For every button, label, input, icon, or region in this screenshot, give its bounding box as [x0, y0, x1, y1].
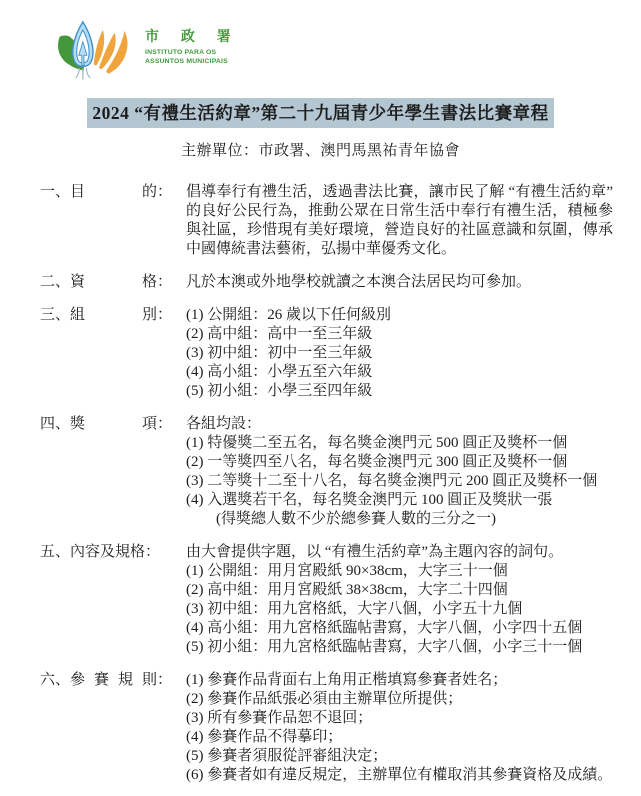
section-4: 四、獎項：各組均設：(1) 特優獎二至五名，每名獎金澳門元 500 圓正及獎杯一… — [40, 415, 613, 529]
section-item: (5) 初小組：小學三至四年級 — [186, 382, 613, 401]
section-label-part: 二、資 — [40, 273, 85, 292]
logo-name-chinese: 市 政 署 — [145, 26, 240, 46]
section-item: (2) 高中組：高中一至三年級 — [186, 325, 613, 344]
section-item: (3) 二等獎十二至十八名，每名獎金澳門元 200 圓正及獎杯一個 — [186, 472, 613, 491]
logo-pt-line2: ASSUNTOS MUNICIPAIS — [145, 58, 240, 67]
section-label: 五、內容及規格： — [40, 543, 172, 657]
lotus-flower-icon — [53, 12, 139, 86]
section-label-part: 規 — [118, 671, 133, 690]
section-1: 一、目的：倡導奉行有禮生活，透過書法比賽，讓市民了解 “有禮生活約章” 的良好公… — [40, 183, 613, 259]
section-3: 三、組別：(1) 公開組：26 歲以下任何級別(2) 高中組：高中一至三年級(3… — [40, 306, 613, 401]
section-item: (1) 公開組：26 歲以下任何級別 — [186, 306, 613, 325]
section-item: (1) 參賽作品背面右上角用正楷填寫參賽者姓名； — [186, 671, 613, 690]
section-label-part: 格： — [142, 273, 172, 292]
section-label: 四、獎項： — [40, 415, 172, 529]
document-title: 2024 “有禮生活約章”第二十九屆青少年學生書法比賽章程 — [87, 98, 553, 128]
section-item: (5) 初小組：用九宮格紙臨帖書寫，大字八個，小字三十一個 — [186, 638, 613, 657]
section-label-part: 賽 — [94, 671, 109, 690]
section-item: (2) 高中組：用月宮殿紙 38×38cm，大字二十四個 — [186, 581, 613, 600]
section-label-part: 三、組 — [40, 306, 85, 325]
section-content: (1) 參賽作品背面右上角用正楷填寫參賽者姓名；(2) 參賽作品紙張必須由主辦單… — [186, 671, 613, 785]
section-intro: 由大會提供字題，以 “有禮生活約章”為主題內容的詞句。 — [186, 543, 613, 562]
section-label-part: 別： — [142, 306, 172, 325]
section-content: 凡於本澳或外地學校就讀之本澳合法居民均可參加。 — [186, 273, 613, 292]
section-6: 六、參賽規則：(1) 參賽作品背面右上角用正楷填寫參賽者姓名；(2) 參賽作品紙… — [40, 671, 613, 785]
section-item: (4) 高小組：小學五至六年級 — [186, 363, 613, 382]
section-label-part: 五、內容及規格： — [40, 543, 160, 562]
section-item: (4) 入選獎若干名，每名獎金澳門元 100 圓正及獎狀一張 (得獎總人數不少於… — [186, 491, 613, 529]
section-item: (3) 初中組：用九宮格紙，大字八個，小字五十九個 — [186, 600, 613, 619]
sections: 一、目的：倡導奉行有禮生活，透過書法比賽，讓市民了解 “有禮生活約章” 的良好公… — [40, 183, 613, 796]
section-item: (6) 參賽者如有違反規定，主辦單位有權取消其參賽資格及成績。 — [186, 766, 613, 785]
section-intro: 各組均設： — [186, 415, 613, 434]
section-item: (3) 初中組：初中一至三年級 — [186, 344, 613, 363]
section-item: (1) 公開組：用月宮殿紙 90×38cm，大字三十一個 — [186, 562, 613, 581]
section-item: (4) 參賽作品不得摹印； — [186, 728, 613, 747]
section-item: (3) 所有參賽作品恕不退回； — [186, 709, 613, 728]
section-intro: 凡於本澳或外地學校就讀之本澳合法居民均可參加。 — [186, 273, 613, 292]
section-label-part: 四、獎 — [40, 415, 85, 434]
document-page: 市 政 署 INSTITUTO PARA OS ASSUNTOS MUNICIP… — [0, 0, 641, 796]
section-intro: 倡導奉行有禮生活，透過書法比賽，讓市民了解 “有禮生活約章” 的良好公民行為，推… — [186, 183, 613, 259]
section-label-part: 的： — [142, 183, 172, 202]
section-label-part: 項： — [142, 415, 172, 434]
section-item: (2) 參賽作品紙張必須由主辦單位所提供； — [186, 690, 613, 709]
organizer-line: 主辦單位：市政署、澳門馬黑祐青年協會 — [181, 143, 460, 159]
section-item: (2) 一等獎四至八名，每名獎金澳門元 300 圓正及獎杯一個 — [186, 453, 613, 472]
iam-logo: 市 政 署 INSTITUTO PARA OS ASSUNTOS MUNICIP… — [53, 12, 240, 86]
section-label-part: 則： — [142, 671, 172, 690]
section-label: 三、組別： — [40, 306, 172, 401]
section-2: 二、資格：凡於本澳或外地學校就讀之本澳合法居民均可參加。 — [40, 273, 613, 292]
section-label: 一、目的： — [40, 183, 172, 259]
logo-text: 市 政 署 INSTITUTO PARA OS ASSUNTOS MUNICIP… — [145, 26, 240, 66]
section-5: 五、內容及規格：由大會提供字題，以 “有禮生活約章”為主題內容的詞句。(1) 公… — [40, 543, 613, 657]
section-label-part: 六、參 — [40, 671, 85, 690]
logo-pt-line1: INSTITUTO PARA OS — [145, 49, 240, 58]
section-label: 二、資格： — [40, 273, 172, 292]
section-item: (5) 參賽者須服從評審組決定； — [186, 747, 613, 766]
section-content: 各組均設：(1) 特優獎二至五名，每名獎金澳門元 500 圓正及獎杯一個(2) … — [186, 415, 613, 529]
section-item: (4) 高小組：用九宮格紙臨帖書寫，大字八個，小字四十五個 — [186, 619, 613, 638]
section-content: 由大會提供字題，以 “有禮生活約章”為主題內容的詞句。(1) 公開組：用月宮殿紙… — [186, 543, 613, 657]
section-content: (1) 公開組：26 歲以下任何級別(2) 高中組：高中一至三年級(3) 初中組… — [186, 306, 613, 401]
section-content: 倡導奉行有禮生活，透過書法比賽，讓市民了解 “有禮生活約章” 的良好公民行為，推… — [186, 183, 613, 259]
section-label: 六、參賽規則： — [40, 671, 172, 785]
logo-name-portuguese: INSTITUTO PARA OS ASSUNTOS MUNICIPAIS — [145, 49, 240, 66]
section-label-part: 一、目 — [40, 183, 85, 202]
section-item: (1) 特優獎二至五名，每名獎金澳門元 500 圓正及獎杯一個 — [186, 434, 613, 453]
